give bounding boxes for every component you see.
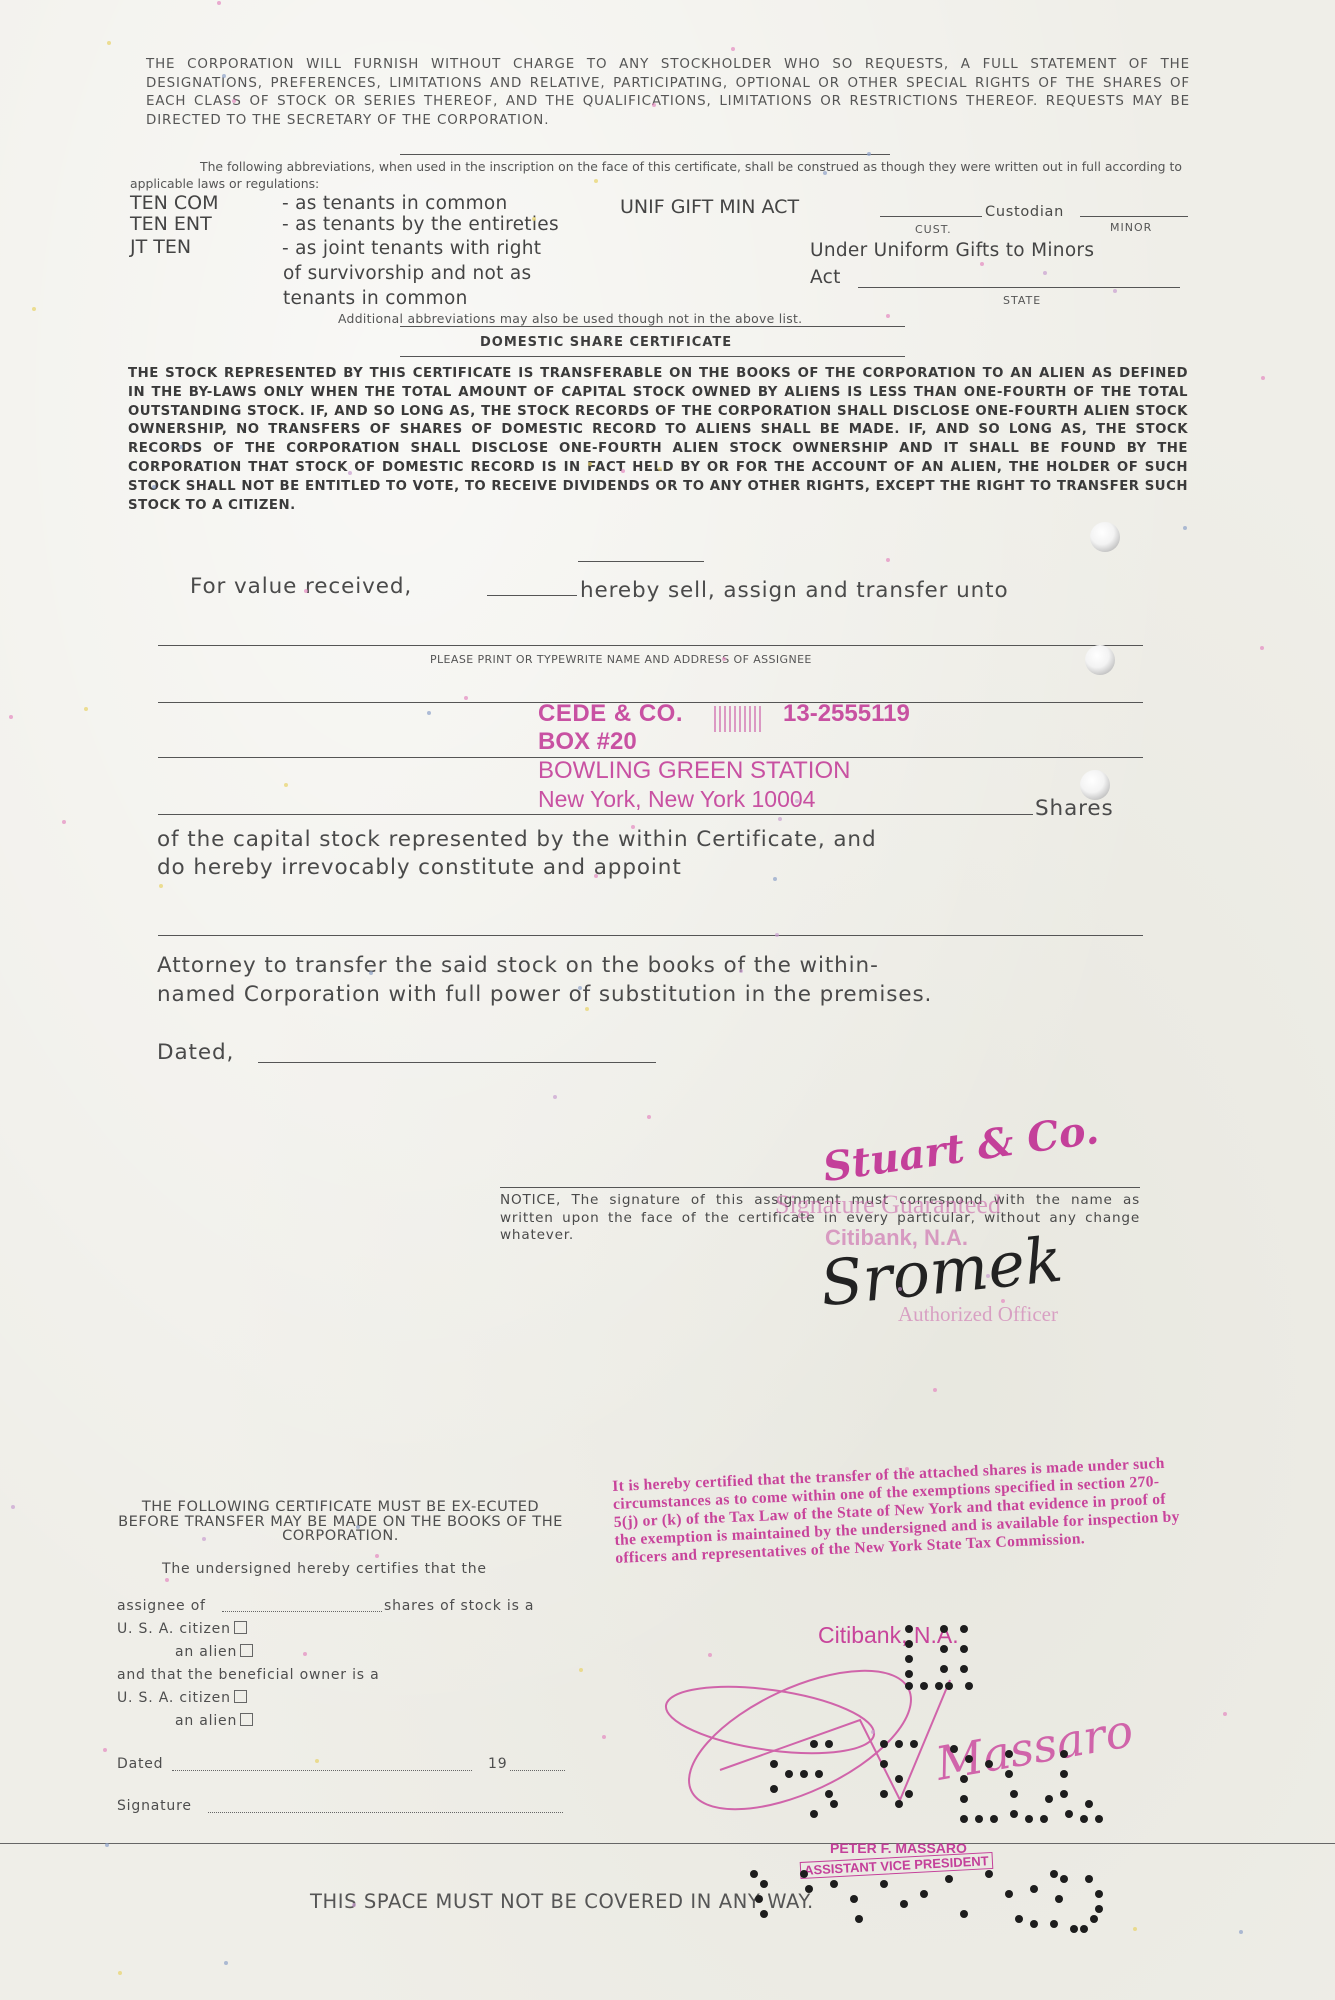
alien-certificate-heading: THE FOLLOWING CERTIFICATE MUST BE EX-ECU… xyxy=(113,1500,568,1544)
divider xyxy=(400,356,905,357)
paper-speck xyxy=(1133,1927,1137,1931)
perforation-dot xyxy=(1050,1870,1058,1878)
perforation-dot xyxy=(1005,1890,1013,1898)
perforation-dot xyxy=(1030,1920,1038,1928)
perforation-dot xyxy=(1005,1750,1013,1758)
perforation-dot xyxy=(855,1915,863,1923)
perforation-dot xyxy=(990,1815,998,1823)
perforation-dot xyxy=(920,1890,928,1898)
cert-signature-field[interactable] xyxy=(208,1812,563,1813)
assignor-line[interactable] xyxy=(487,595,577,596)
perforation-dot xyxy=(960,1910,968,1918)
shares-line[interactable] xyxy=(158,814,1033,815)
perforation-dot xyxy=(1095,1905,1103,1913)
paper-speck xyxy=(602,1735,606,1739)
abbr-jt-ten: JT TEN xyxy=(130,236,191,258)
assignee-citizen-checkbox[interactable] xyxy=(234,1621,247,1634)
paper-speck xyxy=(352,1903,356,1907)
paper-speck xyxy=(32,307,36,311)
perforation-dot xyxy=(830,1800,838,1808)
perforation-dot xyxy=(960,1645,968,1653)
abbr-ten-ent-meaning: - as tenants by the entireties xyxy=(282,214,559,235)
perforation-dot xyxy=(770,1760,778,1768)
perforation-dot xyxy=(1080,1815,1088,1823)
perforation-dot xyxy=(815,1770,823,1778)
perforation-dot xyxy=(1050,1920,1058,1928)
domestic-certificate-text: THE STOCK REPRESENTED BY THIS CERTIFICAT… xyxy=(128,365,1188,515)
paper-speck xyxy=(315,1759,319,1763)
perforation-dot xyxy=(1030,1885,1038,1893)
attorney-line[interactable] xyxy=(158,935,1143,936)
perforation-dot xyxy=(940,1645,948,1653)
authorized-officer-label: Authorized Officer xyxy=(898,1302,1058,1327)
perforation-dot xyxy=(1010,1790,1018,1798)
paper-speck xyxy=(348,471,352,475)
hereby-sell-label: hereby sell, assign and transfer unto xyxy=(580,578,1009,603)
signature-guaranteed-stamp: Signature Guaranteed xyxy=(775,1190,1001,1220)
perforation-dot xyxy=(1005,1770,1013,1778)
perforation-dot xyxy=(945,1875,953,1883)
perforation-dot xyxy=(965,1682,973,1690)
additional-abbreviations-note: Additional abbreviations may also be use… xyxy=(338,311,802,326)
paper-speck xyxy=(224,1961,228,1965)
perforation-dot xyxy=(880,1760,888,1768)
paper-speck xyxy=(578,986,582,990)
abbreviations-intro: The following abbreviations, when used i… xyxy=(130,158,1190,192)
paper-speck xyxy=(775,933,779,937)
perforation-dot xyxy=(805,1885,813,1893)
perforation-dot xyxy=(1010,1810,1018,1818)
shares-of-stock-label: shares of stock is a xyxy=(384,1598,534,1614)
shares-label: Shares xyxy=(1035,796,1114,821)
custodian-label: Custodian xyxy=(985,204,1064,220)
assignee-note: PLEASE PRINT OR TYPEWRITE NAME AND ADDRE… xyxy=(430,653,812,666)
stamp-smudge xyxy=(714,706,764,732)
paper-speck xyxy=(886,558,890,562)
paper-speck xyxy=(823,171,827,175)
paper-speck xyxy=(11,1505,15,1509)
perforation-dot xyxy=(1085,1800,1093,1808)
paper-speck xyxy=(532,217,536,221)
ugma-line: Under Uniform Gifts to Minors xyxy=(810,240,1094,261)
assignee-stamp-station: BOWLING GREEN STATION xyxy=(538,757,850,785)
cert-dated-field[interactable] xyxy=(172,1770,472,1771)
signature-line[interactable] xyxy=(500,1187,1140,1188)
abbr-ten-ent: TEN ENT xyxy=(130,213,212,235)
usa-citizen-label: U. S. A. citizen xyxy=(117,1621,231,1637)
unif-gift-label: UNIF GIFT MIN ACT xyxy=(620,196,799,218)
paper-speck xyxy=(594,874,598,878)
owner-alien-row: an alien xyxy=(175,1713,253,1729)
paper-speck xyxy=(795,799,799,803)
state-label: STATE xyxy=(1003,294,1041,307)
perforation-dot xyxy=(810,1810,818,1818)
perforation-dot xyxy=(830,1880,838,1888)
abbr-ten-com-meaning: - as tenants in common xyxy=(282,193,508,214)
paper-speck xyxy=(588,462,592,466)
paper-speck xyxy=(62,820,66,824)
paper-speck xyxy=(304,589,308,593)
perforation-dot xyxy=(785,1770,793,1778)
year-prefix: 19 xyxy=(488,1756,507,1772)
paper-speck xyxy=(647,1115,651,1119)
perforation-dot xyxy=(1085,1875,1093,1883)
bottom-divider xyxy=(0,1843,1335,1844)
paper-speck xyxy=(1223,1712,1227,1716)
divider xyxy=(400,326,905,327)
usa-citizen-label: U. S. A. citizen xyxy=(117,1690,231,1706)
cert-year-field[interactable] xyxy=(510,1770,565,1771)
custodian-name-line[interactable] xyxy=(880,216,982,217)
perforation-dot xyxy=(905,1670,913,1678)
paper-speck xyxy=(369,971,373,975)
paper-speck xyxy=(9,715,13,719)
paper-speck xyxy=(652,103,656,107)
paper-speck xyxy=(708,1653,712,1657)
perforation-dot xyxy=(760,1910,768,1918)
abbr-jt-ten-cont-2: tenants in common xyxy=(283,288,468,309)
paper-speck xyxy=(778,817,782,821)
paper-speck xyxy=(871,1730,875,1734)
paper-speck xyxy=(773,877,777,881)
perforation-dot xyxy=(950,1745,958,1753)
paper-speck xyxy=(980,262,984,266)
assignee-stamp-name: CEDE & CO. xyxy=(538,700,683,728)
perforation-dot xyxy=(825,1790,833,1798)
abbr-jt-ten-meaning: - as joint tenants with right xyxy=(282,238,541,259)
perforation-dot xyxy=(895,1740,903,1748)
assignee-stamp-city: New York, New York 10004 xyxy=(538,786,815,813)
paper-speck xyxy=(165,1578,169,1582)
perforation-dot xyxy=(960,1795,968,1803)
perforation-dot xyxy=(1060,1790,1068,1798)
assignee-stamp-box: BOX #20 xyxy=(538,728,637,756)
perforation-dot xyxy=(905,1640,913,1648)
owner-alien-checkbox[interactable] xyxy=(240,1713,253,1726)
paper-speck xyxy=(105,1843,109,1847)
perforation-dot xyxy=(960,1815,968,1823)
minor-name-line[interactable] xyxy=(1080,216,1188,217)
an-alien-label: an alien xyxy=(175,1644,237,1660)
perforation-dot xyxy=(1070,1925,1078,1933)
punch-hole xyxy=(1080,770,1110,800)
perforation-dot xyxy=(900,1900,908,1908)
state-line[interactable] xyxy=(858,287,1180,288)
perforation-dot xyxy=(770,1785,778,1793)
paper-speck xyxy=(898,1287,902,1291)
perforation-dot xyxy=(940,1625,948,1633)
paper-speck xyxy=(1183,526,1187,530)
assignee-tax-id: 13-2555119 xyxy=(783,700,910,728)
shares-count-field[interactable] xyxy=(222,1611,382,1612)
abbr-ten-com: TEN COM xyxy=(130,192,218,214)
tax-stamp-bank: Citibank, N.A. xyxy=(818,1622,959,1649)
an-alien-label: an alien xyxy=(175,1713,237,1729)
dated-line[interactable] xyxy=(258,1062,656,1063)
attorney-text-2: named Corporation with full power of sub… xyxy=(157,982,932,1007)
perforation-dot xyxy=(945,1682,953,1690)
minor-label: MINOR xyxy=(1110,221,1152,234)
paper-speck xyxy=(118,1971,122,1975)
paper-speck xyxy=(731,47,735,51)
paper-speck xyxy=(464,696,468,700)
assignee-alien-checkbox[interactable] xyxy=(240,1644,253,1657)
capital-stock-line-2: do hereby irrevocably constitute and app… xyxy=(157,855,682,880)
dated-label: Dated, xyxy=(157,1040,234,1065)
capital-stock-line-1: of the capital stock represented by the … xyxy=(157,827,877,852)
for-value-label: For value received, xyxy=(190,574,412,599)
paper-speck xyxy=(621,469,625,473)
perforation-dot xyxy=(940,1665,948,1673)
paper-speck xyxy=(594,179,598,183)
paper-speck xyxy=(107,41,111,45)
paper-speck xyxy=(867,152,871,156)
perforation-dot xyxy=(975,1815,983,1823)
perforation-dot xyxy=(905,1625,913,1633)
punch-hole xyxy=(1090,522,1120,552)
perforation-dot xyxy=(1065,1810,1073,1818)
paper-speck xyxy=(232,99,236,103)
paper-speck xyxy=(84,707,88,711)
abbr-jt-ten-cont-1: of survivorship and not as xyxy=(283,263,531,284)
perforation-dot xyxy=(1060,1875,1068,1883)
perforation-dot xyxy=(810,1740,818,1748)
paper-speck xyxy=(303,1652,307,1656)
perforation-dot xyxy=(825,1740,833,1748)
paper-speck xyxy=(1260,646,1264,650)
attorney-text-1: Attorney to transfer the said stock on t… xyxy=(157,953,879,978)
perforation-dot xyxy=(1095,1815,1103,1823)
paper-speck xyxy=(579,1668,583,1672)
perforation-dot xyxy=(750,1870,758,1878)
assignee-of-label: assignee of xyxy=(117,1598,206,1614)
perforation-dot xyxy=(1055,1895,1063,1903)
perforation-dot xyxy=(850,1895,858,1903)
perforation-dot xyxy=(1060,1770,1068,1778)
perforation-dot xyxy=(985,1760,993,1768)
paper-speck xyxy=(1001,1299,1005,1303)
punch-hole xyxy=(1085,645,1115,675)
cert-dated-label: Dated xyxy=(117,1756,163,1772)
paper-speck xyxy=(284,783,288,787)
paper-speck xyxy=(739,969,743,973)
paper-speck xyxy=(202,1537,206,1541)
paper-speck xyxy=(217,1,221,5)
perforation-dot xyxy=(895,1775,903,1783)
perforation-dot xyxy=(905,1682,913,1690)
paper-speck xyxy=(1239,1930,1243,1934)
perforation-dot xyxy=(1060,1750,1068,1758)
owner-citizen-checkbox[interactable] xyxy=(234,1690,247,1703)
perforation-dot xyxy=(800,1770,808,1778)
perforation-dot xyxy=(1025,1815,1033,1823)
paper-speck xyxy=(631,825,635,829)
perforation-dot xyxy=(905,1790,913,1798)
paper-speck xyxy=(375,1554,379,1558)
paper-speck xyxy=(427,711,431,715)
divider xyxy=(578,561,704,562)
perforation-dot xyxy=(1080,1925,1088,1933)
cust-label: CUST. xyxy=(915,223,952,236)
cert-signature-label: Signature xyxy=(117,1798,192,1814)
beneficial-owner-label: and that the beneficial owner is a xyxy=(117,1667,380,1683)
perforation-dot xyxy=(1045,1795,1053,1803)
perforation-dot xyxy=(1015,1915,1023,1923)
perforation-dot xyxy=(880,1880,888,1888)
paper-speck xyxy=(933,1388,937,1392)
paper-speck xyxy=(356,1525,360,1529)
paper-speck xyxy=(1043,271,1047,275)
divider xyxy=(400,154,890,155)
paper-speck xyxy=(159,884,163,888)
paper-speck xyxy=(722,657,726,661)
paper-speck xyxy=(152,485,156,489)
perforation-dot xyxy=(985,1870,993,1878)
paper-speck xyxy=(886,314,890,318)
paper-speck xyxy=(585,1007,589,1011)
perforation-dot xyxy=(910,1740,918,1748)
assignee-citizen-row: U. S. A. citizen xyxy=(117,1621,247,1637)
perforation-dot xyxy=(880,1790,888,1798)
perforation-dot xyxy=(1090,1915,1098,1923)
perforation-dot xyxy=(905,1655,913,1663)
paper-speck xyxy=(103,1748,107,1752)
owner-citizen-row: U. S. A. citizen xyxy=(117,1690,247,1706)
paper-speck xyxy=(986,1274,990,1278)
perforation-dot xyxy=(880,1740,888,1748)
paper-speck xyxy=(1261,376,1265,380)
perforation-dot xyxy=(935,1682,943,1690)
perforation-dot xyxy=(965,1755,973,1763)
paper-speck xyxy=(553,1095,557,1099)
assignee-line-1[interactable] xyxy=(158,645,1143,646)
act-label: Act xyxy=(810,267,841,288)
paper-speck xyxy=(179,445,183,449)
perforation-dot xyxy=(960,1665,968,1673)
assignee-alien-row: an alien xyxy=(175,1644,253,1660)
paper-speck xyxy=(222,74,226,78)
bottom-notice: THIS SPACE MUST NOT BE COVERED IN ANY WA… xyxy=(310,1890,814,1913)
perforation-dot xyxy=(1040,1815,1048,1823)
perforation-dot xyxy=(1095,1890,1103,1898)
paper-speck xyxy=(658,467,662,471)
paper-speck xyxy=(905,1467,909,1471)
perforation-dot xyxy=(895,1800,903,1808)
perforation-dot xyxy=(960,1775,968,1783)
domestic-certificate-title: DOMESTIC SHARE CERTIFICATE xyxy=(480,335,732,350)
perforation-dot xyxy=(920,1682,928,1690)
perforation-dot xyxy=(755,1895,763,1903)
intro-notice: THE CORPORATION WILL FURNISH WITHOUT CHA… xyxy=(146,56,1190,130)
undersigned-text: The undersigned hereby certifies that th… xyxy=(162,1561,487,1577)
perforation-dot xyxy=(800,1870,808,1878)
perforation-dot xyxy=(960,1625,968,1633)
paper-speck xyxy=(1113,289,1117,293)
perforation-dot xyxy=(760,1880,768,1888)
